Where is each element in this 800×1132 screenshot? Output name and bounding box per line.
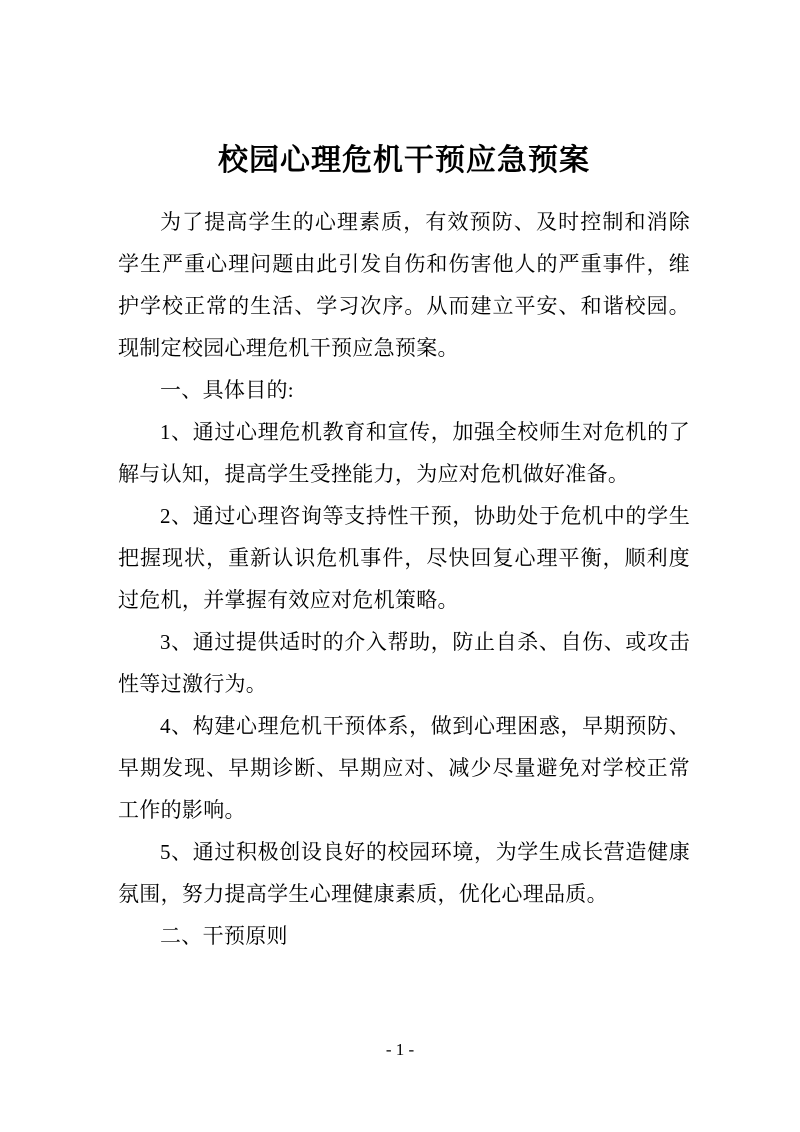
- paragraph-intro: 为了提高学生的心理素质，有效预防、及时控制和消除学生严重心理问题由此引发自伤和伤…: [118, 201, 690, 369]
- paragraph-item-5: 5、通过积极创设良好的校园环境，为学生成长营造健康氛围，努力提高学生心理健康素质…: [118, 831, 690, 915]
- document-page: 校园心理危机干预应急预案 为了提高学生的心理素质，有效预防、及时控制和消除学生严…: [0, 0, 800, 1132]
- paragraph-item-4: 4、构建心理危机干预体系，做到心理困惑，早期预防、早期发现、早期诊断、早期应对、…: [118, 705, 690, 831]
- paragraph-item-1: 1、通过心理危机教育和宣传，加强全校师生对危机的了解与认知，提高学生受挫能力，为…: [118, 411, 690, 495]
- document-body: 校园心理危机干预应急预案 为了提高学生的心理素质，有效预防、及时控制和消除学生严…: [118, 138, 690, 957]
- paragraph-item-2: 2、通过心理咨询等支持性干预，协助处于危机中的学生把握现状，重新认识危机事件，尽…: [118, 495, 690, 621]
- section-heading-1: 一、具体目的:: [118, 369, 690, 411]
- page-number: - 1 -: [0, 1038, 800, 1062]
- section-heading-2: 二、干预原则: [118, 915, 690, 957]
- document-title: 校园心理危机干预应急预案: [118, 138, 690, 184]
- paragraph-item-3: 3、通过提供适时的介入帮助，防止自杀、自伤、或攻击性等过激行为。: [118, 621, 690, 705]
